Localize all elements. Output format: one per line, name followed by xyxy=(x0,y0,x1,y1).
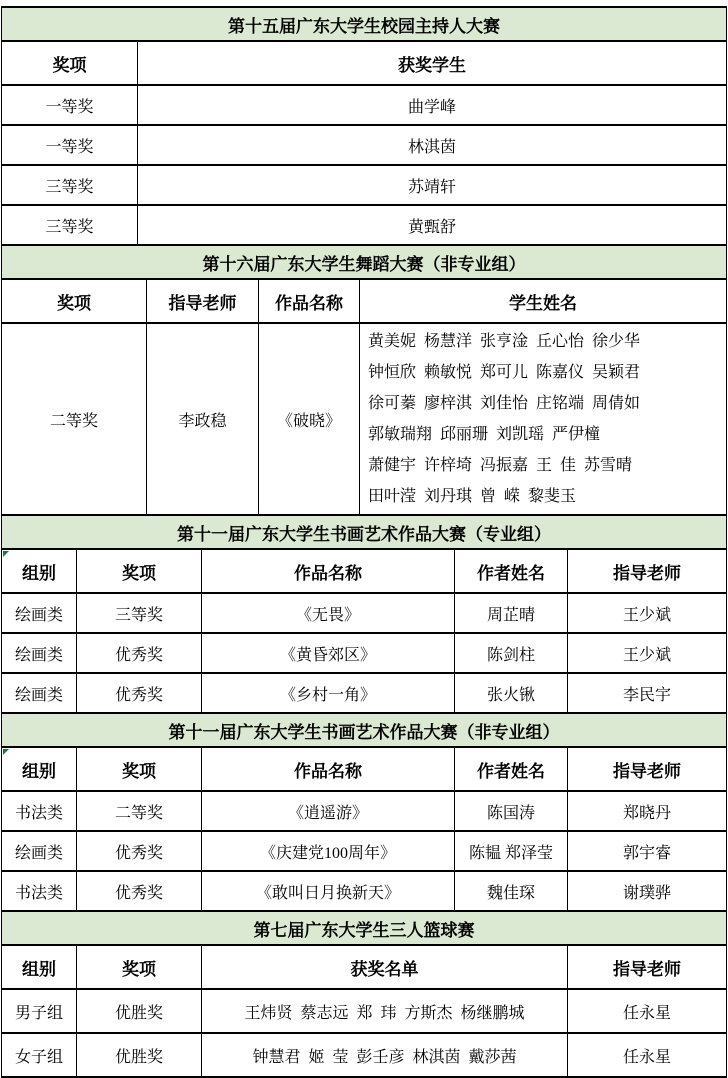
award-cell: 三等奖 xyxy=(77,593,202,633)
table-row: 书法类 二等奖 《逍遥游》 陈国涛 郑晓丹 xyxy=(2,791,727,831)
award-cell: 三等奖 xyxy=(2,205,138,245)
award-cell: 二等奖 xyxy=(77,791,202,831)
advisor-cell: 李民宇 xyxy=(568,673,727,713)
group-cell: 书法类 xyxy=(2,871,77,911)
winner-cell: 曲学峰 xyxy=(138,85,727,125)
table-row: 男子组 优胜奖 王炜贤 蔡志远 郑 玮 方斯杰 杨继鹏城 任永星 xyxy=(2,989,727,1033)
column-header-award: 奖项 xyxy=(2,41,138,85)
table-title: 第十一届广东大学生书画艺术作品大赛（非专业组） xyxy=(2,713,727,747)
author-cell: 陈剑柱 xyxy=(455,633,568,673)
table-row: 三等奖 黄甄舒 xyxy=(2,205,727,245)
advisor-cell: 谢璞骅 xyxy=(568,871,727,911)
table-title: 第十六届广东大学生舞蹈大赛（非专业组） xyxy=(2,245,727,279)
award-cell: 优秀奖 xyxy=(77,831,202,871)
award-cell: 一等奖 xyxy=(2,85,138,125)
work-title-cell: 《逍遥游》 xyxy=(202,791,455,831)
column-header-advisor: 指导老师 xyxy=(568,747,727,791)
winner-list-cell: 钟慧君 姬 莹 彭壬彦 林淇茵 戴莎茜 xyxy=(202,1033,568,1077)
column-header-group: 组别 xyxy=(2,747,77,791)
winner-cell: 林淇茵 xyxy=(138,125,727,165)
table-title: 第十一届广东大学生书画艺术作品大赛（专业组） xyxy=(2,515,727,549)
work-title-cell: 《无畏》 xyxy=(202,593,455,633)
cell-corner-flag-icon xyxy=(3,749,9,755)
column-header-work-title: 作品名称 xyxy=(202,549,455,593)
column-header-author: 作者姓名 xyxy=(455,747,568,791)
column-header-student-names: 学生姓名 xyxy=(360,279,727,323)
column-header-winner: 获奖学生 xyxy=(138,41,727,85)
table-dance-competition: 第十六届广东大学生舞蹈大赛（非专业组） 奖项 指导老师 作品名称 学生姓名 二等… xyxy=(1,244,727,516)
advisor-cell: 任永星 xyxy=(568,989,727,1033)
column-header-award: 奖项 xyxy=(77,945,202,989)
author-cell: 张火锹 xyxy=(455,673,568,713)
winner-cell: 黄甄舒 xyxy=(138,205,727,245)
advisor-cell: 郭宇睿 xyxy=(568,831,727,871)
column-header-award: 奖项 xyxy=(2,279,147,323)
work-title-cell: 《敢叫日月换新天》 xyxy=(202,871,455,911)
award-cell: 优秀奖 xyxy=(77,633,202,673)
winner-cell: 苏靖轩 xyxy=(138,165,727,205)
award-cell: 二等奖 xyxy=(2,323,147,515)
column-header-advisor: 指导老师 xyxy=(568,549,727,593)
award-cell: 优秀奖 xyxy=(77,673,202,713)
column-header-author: 作者姓名 xyxy=(455,549,568,593)
table-row: 一等奖 林淇茵 xyxy=(2,125,727,165)
group-cell: 书法类 xyxy=(2,791,77,831)
column-header-advisor: 指导老师 xyxy=(568,945,727,989)
table-row: 绘画类 优秀奖 《乡村一角》 张火锹 李民宇 xyxy=(2,673,727,713)
column-header-award: 奖项 xyxy=(77,549,202,593)
column-header-work-title: 作品名称 xyxy=(202,747,455,791)
author-cell: 魏佳琛 xyxy=(455,871,568,911)
author-cell: 周芷晴 xyxy=(455,593,568,633)
winner-list-cell: 王炜贤 蔡志远 郑 玮 方斯杰 杨继鹏城 xyxy=(202,989,568,1033)
advisor-cell: 王少斌 xyxy=(568,633,727,673)
group-cell: 绘画类 xyxy=(2,831,77,871)
advisor-cell: 李政稳 xyxy=(147,323,259,515)
award-cell: 优胜奖 xyxy=(77,1033,202,1077)
work-title-cell: 《破晓》 xyxy=(259,323,360,515)
author-cell: 陈韫 郑泽莹 xyxy=(455,831,568,871)
column-header-work-title: 作品名称 xyxy=(259,279,360,323)
award-cell: 优秀奖 xyxy=(77,871,202,911)
table-row: 一等奖 曲学峰 xyxy=(2,85,727,125)
column-header-advisor: 指导老师 xyxy=(147,279,259,323)
advisor-cell: 任永星 xyxy=(568,1033,727,1077)
column-header-group-label: 组别 xyxy=(22,762,56,781)
work-title-cell: 《黄昏郊区》 xyxy=(202,633,455,673)
table-host-competition: 第十五届广东大学生校园主持人大赛 奖项 获奖学生 一等奖 曲学峰 一等奖 林淇茵… xyxy=(1,6,727,246)
table-row: 三等奖 苏靖轩 xyxy=(2,165,727,205)
column-header-winner-list: 获奖名单 xyxy=(202,945,568,989)
column-header-group: 组别 xyxy=(2,945,77,989)
table-row: 书法类 优秀奖 《敢叫日月换新天》 魏佳琛 谢璞骅 xyxy=(2,871,727,911)
table-art-competition-pro: 第十一届广东大学生书画艺术作品大赛（专业组） 组别 奖项 作品名称 作者姓名 指… xyxy=(1,514,727,714)
table-basketball-tournament: 第七届广东大学生三人篮球赛 组别 奖项 获奖名单 指导老师 男子组 优胜奖 王炜… xyxy=(1,910,727,1078)
column-header-award: 奖项 xyxy=(77,747,202,791)
column-header-group: 组别 xyxy=(2,549,77,593)
table-row: 绘画类 三等奖 《无畏》 周芷晴 王少斌 xyxy=(2,593,727,633)
student-names-cell: 黄美妮 杨慧洋 张亨淦 丘心怡 徐少华 钟恒欣 赖敏悦 郑可儿 陈嘉仪 吴颖君 … xyxy=(360,323,727,515)
award-cell: 优胜奖 xyxy=(77,989,202,1033)
table-row: 女子组 优胜奖 钟慧君 姬 莹 彭壬彦 林淇茵 戴莎茜 任永星 xyxy=(2,1033,727,1077)
award-cell: 一等奖 xyxy=(2,125,138,165)
table-row: 二等奖 李政稳 《破晓》 黄美妮 杨慧洋 张亨淦 丘心怡 徐少华 钟恒欣 赖敏悦… xyxy=(2,323,727,515)
group-cell: 绘画类 xyxy=(2,593,77,633)
work-title-cell: 《庆建党100周年》 xyxy=(202,831,455,871)
advisor-cell: 郑晓丹 xyxy=(568,791,727,831)
table-title: 第十五届广东大学生校园主持人大赛 xyxy=(2,7,727,41)
group-cell: 女子组 xyxy=(2,1033,77,1077)
group-cell: 男子组 xyxy=(2,989,77,1033)
award-cell: 三等奖 xyxy=(2,165,138,205)
cell-corner-flag-icon xyxy=(3,551,9,557)
group-cell: 绘画类 xyxy=(2,673,77,713)
advisor-cell: 王少斌 xyxy=(568,593,727,633)
group-cell: 绘画类 xyxy=(2,633,77,673)
author-cell: 陈国涛 xyxy=(455,791,568,831)
table-art-competition-nonpro: 第十一届广东大学生书画艺术作品大赛（非专业组） 组别 奖项 作品名称 作者姓名 … xyxy=(1,712,727,912)
work-title-cell: 《乡村一角》 xyxy=(202,673,455,713)
table-row: 绘画类 优秀奖 《黄昏郊区》 陈剑柱 王少斌 xyxy=(2,633,727,673)
table-title: 第七届广东大学生三人篮球赛 xyxy=(2,911,727,945)
table-row: 绘画类 优秀奖 《庆建党100周年》 陈韫 郑泽莹 郭宇睿 xyxy=(2,831,727,871)
column-header-group-label: 组别 xyxy=(22,564,56,583)
